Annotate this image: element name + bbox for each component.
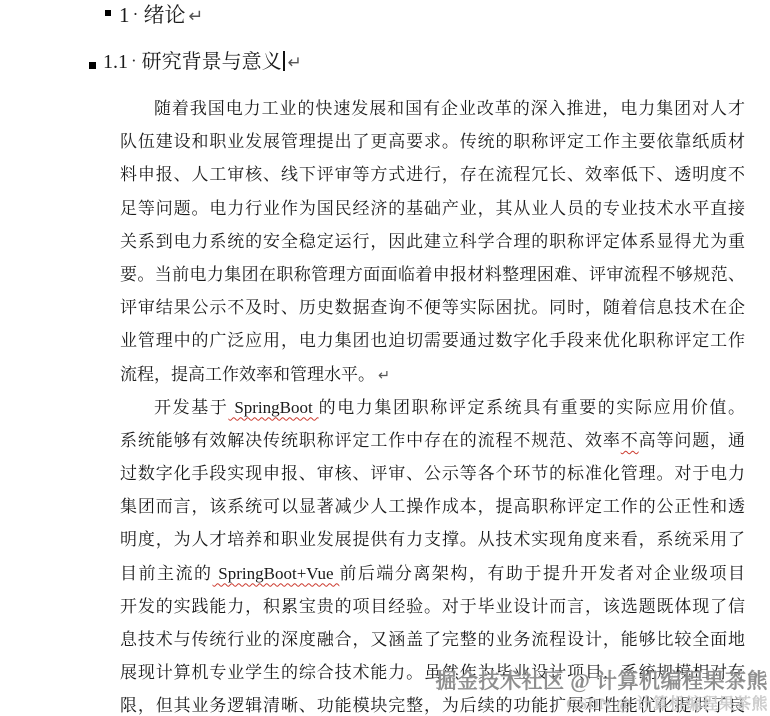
document-body[interactable]: 随着我国电力工业的快速发展和国有企业改革的深入推进，电力集团对人才队伍建设和职业… [120, 92, 745, 716]
return-mark-icon: ↵ [188, 6, 203, 27]
heading-number: 1.1 [103, 51, 128, 73]
text-line[interactable]: 要。当前电力集团在职称管理方面面临着申报材料整理困难、评审流程不够规范、 [120, 258, 745, 291]
text-segment[interactable]: 料申报、人工审核、线下评审等方式进行，存在流程冗长、效率低下、透明度不 [120, 165, 745, 184]
heading-chapter[interactable]: 1·绪论↵ [105, 1, 203, 30]
watermark-csdn: CSDN @ 计算机编程果茶熊 [566, 691, 768, 714]
document-page[interactable]: 1·绪论↵ 1.1·研究背景与意义↵ 随着我国电力工业的快速发展和国有企业改革的… [0, 0, 770, 716]
text-line[interactable]: 随着我国电力工业的快速发展和国有企业改革的深入推进，电力集团对人才 [120, 92, 745, 125]
text-segment[interactable]: 足等问题。电力行业作为国民经济的基础产业，其从业人员的专业技术水平直接 [120, 199, 745, 218]
text-segment[interactable]: 流程，提高工作效率和管理水平。 [120, 365, 375, 384]
text-segment[interactable]: 高等问题，通 [639, 431, 745, 450]
text-segment[interactable]: 明度，为人才培养和职业发展提供有力支撑。从技术实现角度来看，系统采用了 [120, 530, 745, 549]
heading-title: 绪论 [143, 3, 185, 27]
text-line[interactable]: 息技术与传统行业的深度融合，又涵盖了完整的业务流程设计，能够比较全面地 [120, 623, 745, 656]
text-line[interactable]: 集团而言，该系统可以显著减少人工操作成本，提高职称评定工作的公正性和透 [120, 490, 745, 523]
text-segment[interactable]: 过数字化手段实现申报、审核、评审、公示等各个环节的标准化管理。对于电力 [120, 464, 745, 483]
text-segment[interactable]: 业管理中的广泛应用，电力集团也迫切需要通过数字化手段来优化职称评定工作 [120, 331, 745, 350]
text-line[interactable]: 流程，提高工作效率和管理水平。↵ [120, 358, 745, 391]
text-segment[interactable]: 随着我国电力工业的快速发展和国有企业改革的深入推进，电力集团对人才 [154, 99, 745, 118]
text-line[interactable]: 明度，为人才培养和职业发展提供有力支撑。从技术实现角度来看，系统采用了 [120, 523, 745, 556]
text-segment[interactable]: 目前主流的 [120, 564, 213, 583]
return-mark-icon: ↵ [288, 53, 302, 73]
text-line[interactable]: 队伍建设和职业发展管理提出了更高要求。传统的职称评定工作主要依靠纸质材 [120, 125, 745, 158]
text-line[interactable]: 系统能够有效解决传统职称评定工作中存在的流程不规范、效率不高等问题，通 [120, 424, 745, 457]
text-line[interactable]: 评审结果公示不及时、历史数据查询不便等实际困扰。同时，随着信息技术在企 [120, 291, 745, 324]
misspelled-text[interactable]: SpringBoot+Vue [213, 564, 340, 583]
text-segment[interactable]: 集团而言，该系统可以显著减少人工操作成本，提高职称评定工作的公正性和透 [120, 497, 745, 516]
text-line[interactable]: 过数字化手段实现申报、审核、评审、公示等各个环节的标准化管理。对于电力 [120, 457, 745, 490]
text-line[interactable]: 开发基于 SpringBoot 的电力集团职称评定系统具有重要的实际应用价值。 [120, 391, 745, 424]
text-segment[interactable]: 要。当前电力集团在职称管理方面面临着申报材料整理困难、评审流程不够规范、 [120, 265, 745, 284]
text-segment[interactable]: 队伍建设和职业发展管理提出了更高要求。传统的职称评定工作主要依靠纸质材 [120, 132, 745, 151]
heading-title: 研究背景与意义 [142, 51, 282, 73]
heading-section[interactable]: 1.1·研究背景与意义↵ [89, 48, 302, 76]
heading-number: 1 [119, 3, 130, 27]
text-segment[interactable]: 开发基于 [154, 398, 228, 417]
text-line[interactable]: 料申报、人工审核、线下评审等方式进行，存在流程冗长、效率低下、透明度不 [120, 158, 745, 191]
text-line[interactable]: 开发的实践能力，积累宝贵的项目经验。对于毕业设计而言，该选题既体现了信 [120, 590, 745, 623]
heading-style-marker-icon [89, 62, 96, 69]
space-format-mark: · [131, 51, 137, 70]
space-format-mark: · [133, 4, 139, 24]
text-segment[interactable]: 系统能够有效解决传统职称评定工作中存在的流程不规范、效率 [120, 431, 621, 450]
text-line[interactable]: 关系到电力系统的安全稳定运行，因此建立科学合理的职称评定体系显得尤为重 [120, 225, 745, 258]
text-line[interactable]: 足等问题。电力行业作为国民经济的基础产业，其从业人员的专业技术水平直接 [120, 192, 745, 225]
misspelled-text[interactable]: SpringBoot [228, 398, 318, 417]
text-line[interactable]: 目前主流的 SpringBoot+Vue 前后端分离架构，有助于提升开发者对企业… [120, 557, 745, 590]
text-segment[interactable]: 评审结果公示不及时、历史数据查询不便等实际困扰。同时，随着信息技术在企 [120, 298, 745, 317]
text-segment[interactable]: 关系到电力系统的安全稳定运行，因此建立科学合理的职称评定体系显得尤为重 [120, 232, 745, 251]
text-segment[interactable]: 前后端分离架构，有助于提升开发者对企业级项目 [339, 564, 745, 583]
text-line[interactable]: 业管理中的广泛应用，电力集团也迫切需要通过数字化手段来优化职称评定工作 [120, 324, 745, 357]
heading-style-marker-icon [105, 10, 111, 16]
misspelled-text[interactable]: 不 [621, 431, 639, 450]
text-segment[interactable]: 息技术与传统行业的深度融合，又涵盖了完整的业务流程设计，能够比较全面地 [120, 630, 745, 649]
text-cursor [283, 51, 285, 71]
text-segment[interactable]: 的电力集团职称评定系统具有重要的实际应用价值。 [319, 398, 745, 417]
return-mark-icon: ↵ [378, 368, 390, 384]
text-segment[interactable]: 开发的实践能力，积累宝贵的项目经验。对于毕业设计而言，该选题既体现了信 [120, 597, 745, 616]
